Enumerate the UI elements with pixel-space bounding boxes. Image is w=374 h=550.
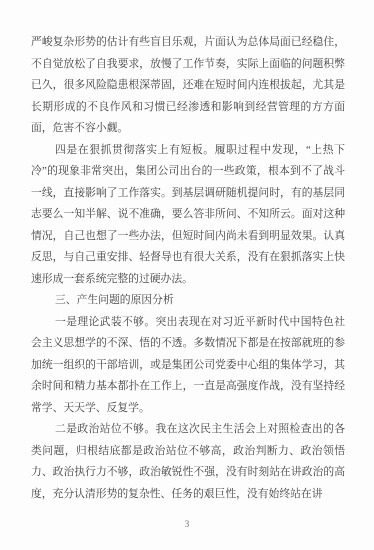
document-text-block: 严峻复杂形势的估计有些盲目乐观，片面认为总体局面已经稳住，不自觉放松了自我要求，…	[31, 32, 345, 505]
document-page: 严峻复杂形势的估计有些盲目乐观，片面认为总体局面已经稳住，不自觉放松了自我要求，…	[0, 0, 374, 550]
paragraph-point-four: 四是在狠抓贯彻落实上有短板。履职过程中发现，“上热下冷”的现象非常突出，集团公司…	[31, 140, 345, 291]
section-heading-cause-analysis: 三、产生问题的原因分析	[31, 290, 345, 312]
paragraph-cause-one: 一是理论武装不够。突出表现在对习近平新时代中国特色社会主义思想学的不深、悟的不透…	[31, 312, 345, 420]
paragraph-cause-two: 二是政治站位不够。我在这次民主生活会上对照检查出的各类问题，归根结底都是政治站位…	[31, 419, 345, 505]
page-number: 3	[0, 519, 374, 529]
paragraph-continuation: 严峻复杂形势的估计有些盲目乐观，片面认为总体局面已经稳住，不自觉放松了自我要求，…	[31, 32, 345, 140]
